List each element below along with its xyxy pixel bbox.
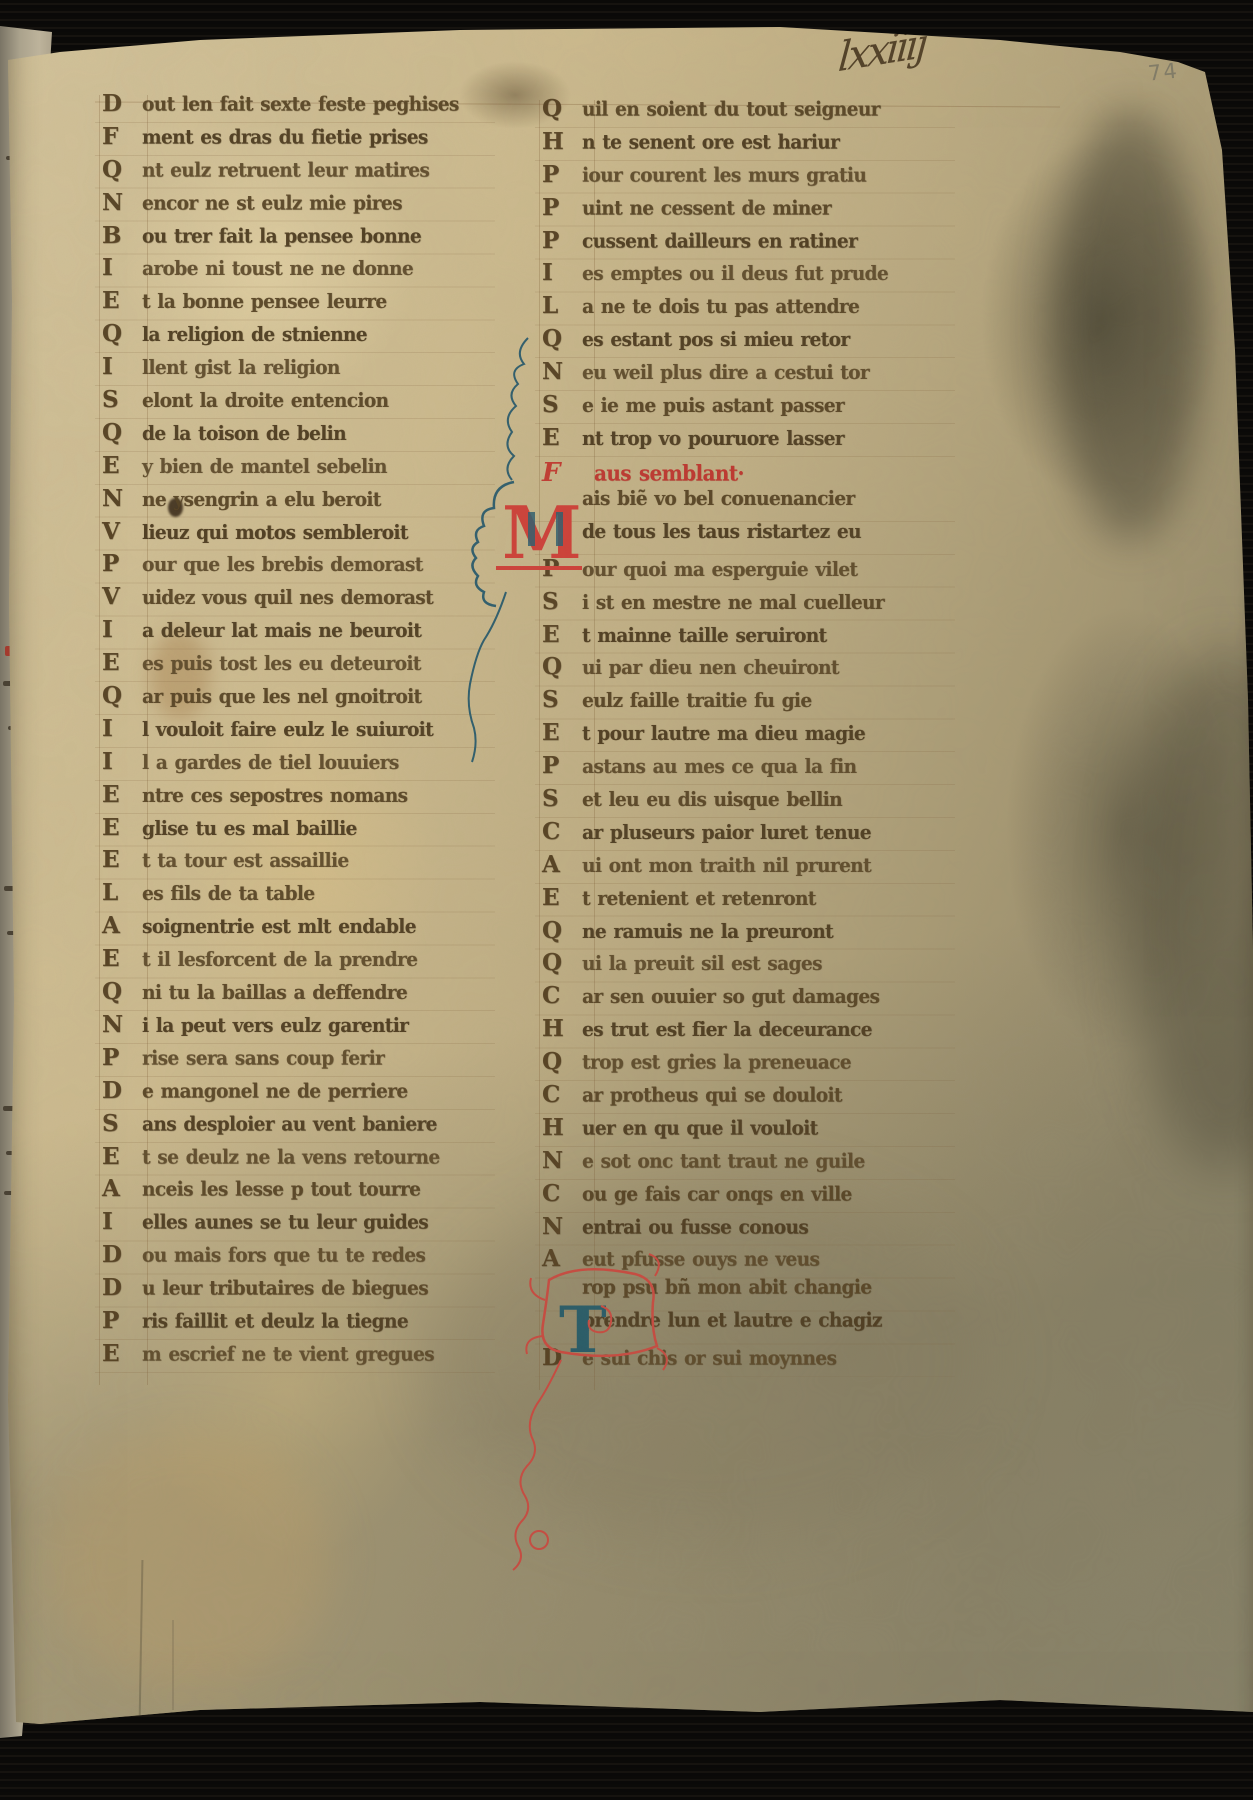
text-line: S elont la droite entencion — [95, 386, 495, 419]
line-text: ar pluseurs paior luret tenue — [582, 822, 871, 844]
text-line: P ris faillit et deulz la tiegne — [95, 1307, 495, 1340]
line-initial: Q — [535, 95, 582, 122]
text-line: D out len fait sexte feste peghises — [95, 90, 495, 123]
line-initial: Q — [535, 949, 582, 976]
line-text: entrai ou fusse conous — [582, 1217, 808, 1239]
line-initial: P — [535, 161, 582, 188]
line-initial: S — [95, 1110, 142, 1137]
text-line: D e mangonel ne de perriere — [95, 1077, 495, 1110]
line-text: t il lesforcent de la prendre — [142, 949, 417, 971]
line-text: m escrief ne te vient gregues — [142, 1344, 434, 1366]
line-initial: F — [95, 123, 142, 150]
text-line: Q ni tu la baillas a deffendre — [95, 978, 495, 1011]
line-initial: D — [95, 90, 142, 117]
line-text: ment es dras du fietie prises — [142, 127, 428, 149]
line-initial: H — [535, 1015, 582, 1042]
line-text: ans desploier au vent baniere — [142, 1114, 437, 1136]
line-initial: P — [535, 227, 582, 254]
text-line: N ne ysengrin a elu beroit — [95, 485, 495, 518]
line-text: a deleur lat mais ne beuroit — [142, 620, 421, 642]
line-text: e sot onc tant traut ne guile — [582, 1151, 865, 1173]
text-line: A soignentrie est mlt endable — [95, 912, 495, 945]
text-line: C ou ge fais car onqs en ville — [535, 1180, 955, 1213]
initial-m-infill — [528, 512, 535, 546]
line-initial: Q — [95, 320, 142, 347]
line-initial: P — [535, 194, 582, 221]
line-text: iour courent les murs gratiu — [582, 165, 866, 187]
line-text: es trut est fier la deceurance — [582, 1019, 872, 1041]
line-text: n te senent ore est hariur — [582, 132, 839, 154]
line-text: l vouloit faire eulz le suiuroit — [142, 719, 433, 741]
folio-number-pencil: 74 — [1147, 58, 1180, 85]
line-initial: D — [95, 1241, 142, 1268]
parchment-discoloration — [1130, 650, 1253, 1170]
line-initial: V — [95, 583, 142, 610]
line-text: es fils de ta table — [142, 883, 314, 905]
text-line: A ui ont mon traith nil prurent — [535, 851, 955, 884]
line-text: llent gist la religion — [142, 357, 340, 379]
text-line: P iour courent les murs gratiu — [535, 161, 955, 194]
line-initial: E — [95, 781, 142, 808]
text-line: L a ne te dois tu pas attendre — [535, 292, 955, 325]
line-text: ris faillit et deulz la tiegne — [142, 1311, 408, 1333]
manuscript-photo: lxxiiij 74 D out len fait sexte feste pe… — [0, 0, 1253, 1800]
line-initial: I — [95, 748, 142, 775]
line-initial: P — [95, 550, 142, 577]
text-line: E m escrief ne te vient gregues — [95, 1340, 495, 1373]
text-line: S ans desploier au vent baniere — [95, 1110, 495, 1143]
line-text: es emptes ou il deus fut prude — [582, 263, 888, 285]
line-text: trop est gries la preneuace — [582, 1052, 851, 1074]
text-line: C ar protheus qui se douloit — [535, 1081, 955, 1114]
line-text: u leur tributaires de biegues — [142, 1278, 428, 1300]
line-initial: Q — [95, 419, 142, 446]
text-line: H es trut est fier la deceurance — [535, 1015, 955, 1048]
text-line: V uidez vous quil nes demorast — [95, 583, 495, 616]
text-line: H n te senent ore est hariur — [535, 128, 955, 161]
line-initial: D — [95, 1077, 142, 1104]
line-initial: L — [95, 879, 142, 906]
line-initial: H — [535, 1114, 582, 1141]
line-text: ar puis que les nel gnoitroit — [142, 686, 421, 708]
line-initial: Q — [95, 682, 142, 709]
line-text: elles aunes se tu leur guides — [142, 1212, 428, 1234]
line-text: eu weil plus dire a cestui tor — [582, 362, 869, 384]
text-line: E t la bonne pensee leurre — [95, 287, 495, 320]
pen-flourish-blue — [507, 338, 528, 480]
line-text: i st en mestre ne mal cuelleur — [582, 592, 884, 614]
text-line: E t retenient et retenront — [535, 884, 955, 917]
line-initial: E — [95, 1340, 142, 1367]
line-initial: N — [95, 1011, 142, 1038]
line-text: lieuz qui motos sembleroit — [142, 522, 408, 544]
text-line: P rise sera sans coup ferir — [95, 1044, 495, 1077]
parchment-discoloration — [1055, 110, 1205, 540]
line-initial: I — [95, 254, 142, 281]
text-line: S et leu eu dis uisque bellin — [535, 785, 955, 818]
text-line: P cussent dailleurs en ratiner — [535, 227, 955, 260]
line-initial: A — [95, 912, 142, 939]
line-initial: E — [95, 1143, 142, 1170]
text-line: N e sot onc tant traut ne guile — [535, 1147, 955, 1180]
line-text: glise tu es mal baillie — [142, 818, 357, 840]
text-line: E es puis tost les eu deteuroit — [95, 649, 495, 682]
line-text: la religion de stnienne — [142, 324, 367, 346]
text-line: E t ta tour est assaillie — [95, 846, 495, 879]
line-initial: B — [95, 222, 142, 249]
line-text: ui par dieu nen cheuiront — [582, 657, 839, 679]
line-text: ou mais fors que tu te redes — [142, 1245, 425, 1267]
line-text: arobe ni toust ne ne donne — [142, 258, 413, 280]
line-initial: S — [95, 386, 142, 413]
decorated-initial-m: M — [450, 330, 620, 770]
line-text: ne ysengrin a elu beroit — [142, 489, 381, 511]
parchment-crease — [139, 1560, 144, 1725]
pen-flourish-red-tail — [513, 1360, 561, 1570]
line-text: es puis tost les eu deteuroit — [142, 653, 421, 675]
text-line: D u leur tributaires de biegues — [95, 1274, 495, 1307]
line-initial: E — [535, 884, 582, 911]
text-line: I a deleur lat mais ne beuroit — [95, 616, 495, 649]
line-initial: Q — [535, 1048, 582, 1075]
line-text: ne ramuis ne la preuront — [582, 921, 833, 943]
line-text: ntre ces sepostres nomans — [142, 785, 407, 807]
line-initial: C — [535, 982, 582, 1009]
line-initial: I — [95, 616, 142, 643]
line-text: ar sen ouuier so gut damages — [582, 986, 879, 1008]
line-initial: V — [95, 518, 142, 545]
text-line: N i la peut vers eulz garentir — [95, 1011, 495, 1044]
line-text: de la toison de belin — [142, 423, 346, 445]
line-text: a ne te dois tu pas attendre — [582, 296, 859, 318]
pen-flourish-red-loop — [530, 1531, 548, 1549]
text-line: Q uil en soient du tout seigneur — [535, 95, 955, 128]
line-text: ui la preuit sil est sages — [582, 953, 822, 975]
line-text: ou ge fais car onqs en ville — [582, 1184, 852, 1206]
line-initial: N — [535, 1213, 582, 1240]
line-initial: E — [95, 846, 142, 873]
line-initial: N — [535, 1147, 582, 1174]
parchment-crease — [172, 1620, 174, 1710]
line-text: et leu eu dis uisque bellin — [582, 789, 842, 811]
line-initial: C — [535, 818, 582, 845]
text-column-left: D out len fait sexte feste peghises F me… — [95, 90, 495, 1373]
line-initial: E — [95, 287, 142, 314]
text-line: I arobe ni toust ne ne donne — [95, 254, 495, 287]
line-text: uidez vous quil nes demorast — [142, 587, 433, 609]
line-initial: A — [535, 851, 582, 878]
line-initial: L — [535, 292, 582, 319]
text-line: N encor ne st eulz mie pires — [95, 189, 495, 222]
text-line: V lieuz qui motos sembleroit — [95, 518, 495, 551]
text-line: P our que les brebis demorast — [95, 550, 495, 583]
line-text: t la bonne pensee leurre — [142, 291, 387, 313]
line-text: uint ne cessent de miner — [582, 198, 831, 220]
line-initial: E — [95, 945, 142, 972]
line-text: ar protheus qui se douloit — [582, 1085, 842, 1107]
line-initial: Q — [95, 156, 142, 183]
line-text: our quoi ma esperguie vilet — [582, 559, 857, 581]
line-initial: E — [95, 814, 142, 841]
line-text: nt trop vo pouruore lasser — [582, 428, 844, 450]
line-text: ni tu la baillas a deffendre — [142, 982, 407, 1004]
text-line: H uer en qu que il vouloit — [535, 1114, 955, 1147]
line-text: l a gardes de tiel louuiers — [142, 752, 399, 774]
text-line: E t se deulz ne la vens retourne — [95, 1143, 495, 1176]
text-line: I elles aunes se tu leur guides — [95, 1208, 495, 1241]
line-text: ou trer fait la pensee bonne — [142, 226, 421, 248]
pen-flourish-blue — [469, 592, 506, 762]
line-initial: P — [95, 1044, 142, 1071]
initial-m-infill — [556, 512, 563, 546]
line-initial: C — [535, 1180, 582, 1207]
line-text: t ta tour est assaillie — [142, 850, 349, 872]
text-line: Q ui la preuit sil est sages — [535, 949, 955, 982]
line-initial: I — [95, 1208, 142, 1235]
line-text: rise sera sans coup ferir — [142, 1048, 384, 1070]
parchment-page: lxxiiij 74 D out len fait sexte feste pe… — [0, 0, 1253, 1800]
line-text: i la peut vers eulz garentir — [142, 1015, 408, 1037]
line-text: t se deulz ne la vens retourne — [142, 1146, 440, 1168]
parchment-warm-patch — [50, 1430, 330, 1690]
text-line: D ou mais fors que tu te redes — [95, 1241, 495, 1274]
text-line: L es fils de ta table — [95, 879, 495, 912]
line-text: uer en qu que il vouloit — [582, 1118, 818, 1140]
text-line: I l a gardes de tiel louuiers — [95, 748, 495, 781]
line-initial: N — [95, 189, 142, 216]
line-text: uil en soient du tout seigneur — [582, 99, 880, 121]
line-initial: I — [535, 259, 582, 286]
text-line: I es emptes ou il deus fut prude — [535, 259, 955, 292]
line-text: de tous les taus ristartez eu — [582, 521, 861, 543]
line-initial: N — [95, 485, 142, 512]
line-initial: E — [95, 452, 142, 479]
line-text: nceis les lesse p tout tourre — [142, 1179, 420, 1201]
text-line: Q ar puis que les nel gnoitroit — [95, 682, 495, 715]
line-text: elont la droite entencion — [142, 390, 388, 412]
line-text: our que les brebis demorast — [142, 554, 423, 576]
text-line: E glise tu es mal baillie — [95, 814, 495, 847]
text-line: F ment es dras du fietie prises — [95, 123, 495, 156]
line-text: es estant pos si mieu retor — [582, 329, 850, 351]
line-initial: P — [95, 1307, 142, 1334]
line-text: t retenient et retenront — [582, 888, 816, 910]
decorated-initial-t: T — [505, 1240, 695, 1580]
text-line: I llent gist la religion — [95, 353, 495, 386]
text-line: B ou trer fait la pensee bonne — [95, 222, 495, 255]
text-line: P uint ne cessent de miner — [535, 194, 955, 227]
text-line: C ar pluseurs paior luret tenue — [535, 818, 955, 851]
initial-m-letter: M — [502, 490, 582, 575]
line-text: e ie me puis astant passer — [582, 395, 844, 417]
line-initial: C — [535, 1081, 582, 1108]
text-line: Q trop est gries la preneuace — [535, 1048, 955, 1081]
line-initial: Q — [95, 978, 142, 1005]
line-text: out len fait sexte feste peghises — [142, 94, 459, 116]
line-text: soignentrie est mlt endable — [142, 916, 416, 938]
text-line: Q de la toison de belin — [95, 419, 495, 452]
line-text: encor ne st eulz mie pires — [142, 193, 402, 215]
line-text: ais biẽ vo bel conuenancier — [582, 488, 855, 510]
text-line: E ntre ces sepostres nomans — [95, 781, 495, 814]
text-line: C ar sen ouuier so gut damages — [535, 982, 955, 1015]
line-text: cussent dailleurs en ratiner — [582, 231, 857, 253]
line-text: y bien de mantel sebelin — [142, 456, 387, 478]
text-line: Q ne ramuis ne la preuront — [535, 917, 955, 950]
line-text: ui ont mon traith nil prurent — [582, 855, 871, 877]
line-initial: S — [535, 785, 582, 812]
text-line: Q la religion de stnienne — [95, 320, 495, 353]
line-text: astans au mes ce qua la fin — [582, 756, 856, 778]
line-text: t pour lautre ma dieu magie — [582, 723, 865, 745]
text-line: E y bien de mantel sebelin — [95, 452, 495, 485]
line-text: e mangonel ne de perriere — [142, 1081, 408, 1103]
line-initial: A — [95, 1175, 142, 1202]
line-initial: D — [95, 1274, 142, 1301]
line-text: nt eulz retruent leur matires — [142, 160, 429, 182]
folio-inscription-ink: lxxiiij — [836, 21, 927, 82]
line-initial: I — [95, 353, 142, 380]
line-initial: I — [95, 715, 142, 742]
text-line: I l vouloit faire eulz le suiuroit — [95, 715, 495, 748]
line-initial: E — [95, 649, 142, 676]
line-initial: Q — [535, 917, 582, 944]
line-initial: H — [535, 128, 582, 155]
text-line: A nceis les lesse p tout tourre — [95, 1175, 495, 1208]
text-line: E t il lesforcent de la prendre — [95, 945, 495, 978]
text-line: Q nt eulz retruent leur matires — [95, 156, 495, 189]
initial-t-letter: T — [559, 1293, 607, 1368]
